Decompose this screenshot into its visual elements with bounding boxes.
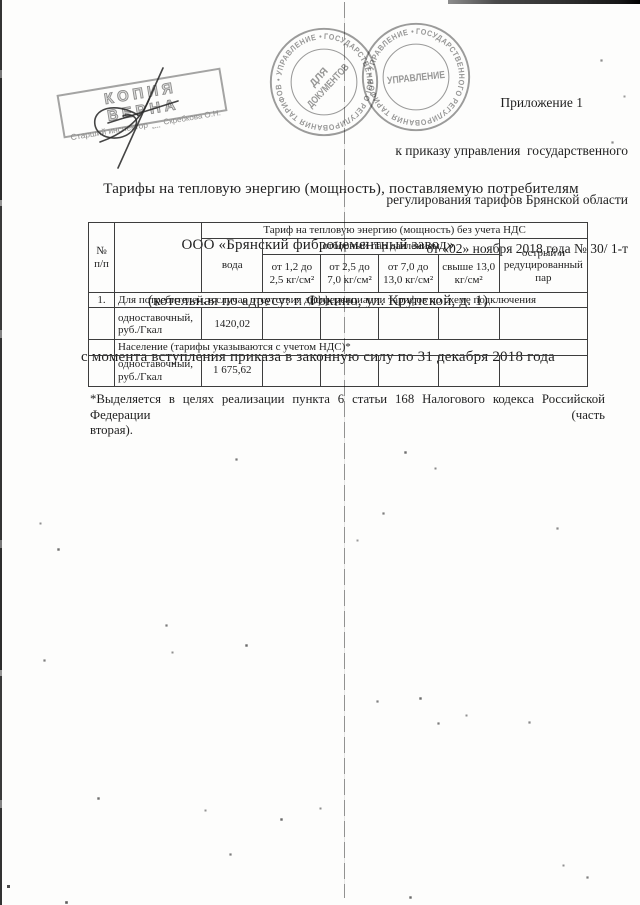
signature-loop	[95, 108, 138, 138]
empty-cell	[321, 355, 378, 386]
tariff-value-cell: 1420,02	[202, 308, 263, 340]
empty-cell	[378, 308, 438, 340]
footnote-line: вторая).	[90, 423, 605, 439]
row-section-text: Население (тарифы указываются с учетом Н…	[115, 340, 588, 355]
empty-cell	[263, 355, 321, 386]
col-header-pressure: от 1,2 до 2,5 кг/см²	[263, 255, 321, 293]
footnote-line: *Выделяется в целях реализации пункта 6 …	[90, 392, 605, 423]
col-header-steam-group: отборный пар давлением	[263, 239, 499, 255]
signature	[80, 55, 240, 185]
empty-cell	[89, 340, 115, 355]
tariff-table: № п/п Тариф на тепловую энергию (мощност…	[88, 222, 588, 387]
table-row: Население (тарифы указываются с учетом Н…	[89, 340, 588, 355]
empty-cell	[89, 308, 115, 340]
row-section-text: Для потребителей, в случае отсутствия ди…	[115, 293, 588, 308]
scanned-document-page: Приложение 1 к приказу управления госуда…	[0, 0, 640, 905]
signature-stroke	[108, 101, 178, 123]
empty-cell	[438, 355, 499, 386]
scan-noise-specks	[0, 0, 1, 1]
empty-cell	[438, 308, 499, 340]
col-header-water: вода	[202, 239, 263, 293]
table-row: 1. Для потребителей, в случае отсутствия…	[89, 293, 588, 308]
col-header-pressure: от 7,0 до 13,0 кг/см²	[378, 255, 438, 293]
fold-line-artifact	[344, 2, 345, 898]
empty-cell	[263, 308, 321, 340]
scan-edge-artifact-left	[0, 0, 2, 905]
table-header-row: № п/п Тариф на тепловую энергию (мощност…	[89, 223, 588, 239]
scan-edge-artifact-top	[448, 0, 640, 4]
col-header-group-title: Тариф на тепловую энергию (мощность) без…	[202, 223, 588, 239]
col-header-pressure: свыше 13,0 кг/см²	[438, 255, 499, 293]
stamp-center-text: УПРАВЛЕНИЕ	[387, 70, 446, 87]
table-row: одноставочный, руб./Гкал 1 675,62	[89, 355, 588, 386]
table-row: одноставочный, руб./Гкал 1420,02	[89, 308, 588, 340]
tariff-type-cell: одноставочный, руб./Гкал	[115, 308, 202, 340]
empty-cell	[499, 308, 587, 340]
row-number-cell: 1.	[89, 293, 115, 308]
col-header-pressure: от 2,5 до 7,0 кг/см²	[321, 255, 378, 293]
empty-cell	[89, 355, 115, 386]
col-header-number: № п/п	[89, 223, 115, 293]
col-header-sharp-steam: острый и редуцированный пар	[499, 239, 587, 293]
col-header-empty	[115, 223, 202, 293]
tariff-type-cell: одноставочный, руб./Гкал	[115, 355, 202, 386]
footnote: *Выделяется в целях реализации пункта 6 …	[90, 392, 605, 439]
empty-cell	[378, 355, 438, 386]
empty-cell	[321, 308, 378, 340]
empty-cell	[499, 355, 587, 386]
tariff-value-cell: 1 675,62	[202, 355, 263, 386]
round-stamp-administration: ГОСУДАРСТВЕННОГО РЕГУЛИРОВАНИЯ ТАРИФОВ •…	[358, 19, 474, 135]
